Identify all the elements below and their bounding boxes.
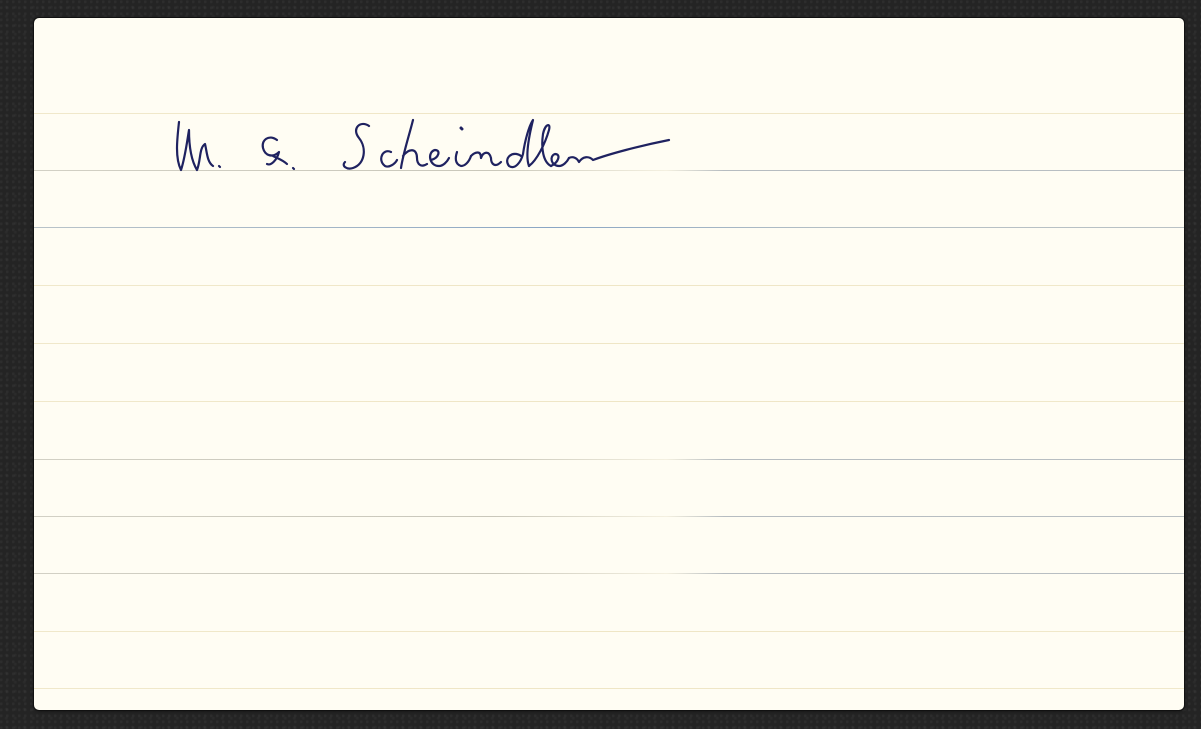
ruled-line <box>34 516 1184 517</box>
ruled-line <box>34 401 1184 402</box>
index-card: W. G. Schindler <box>34 18 1184 710</box>
ruled-line <box>34 459 1184 460</box>
ruled-line <box>34 573 1184 574</box>
ruled-line <box>34 631 1184 632</box>
ruled-line <box>34 227 1184 228</box>
ruled-line <box>34 285 1184 286</box>
ruled-line <box>34 343 1184 344</box>
handwritten-signature: W. G. Schindler <box>169 100 689 190</box>
ruled-line <box>34 688 1184 689</box>
